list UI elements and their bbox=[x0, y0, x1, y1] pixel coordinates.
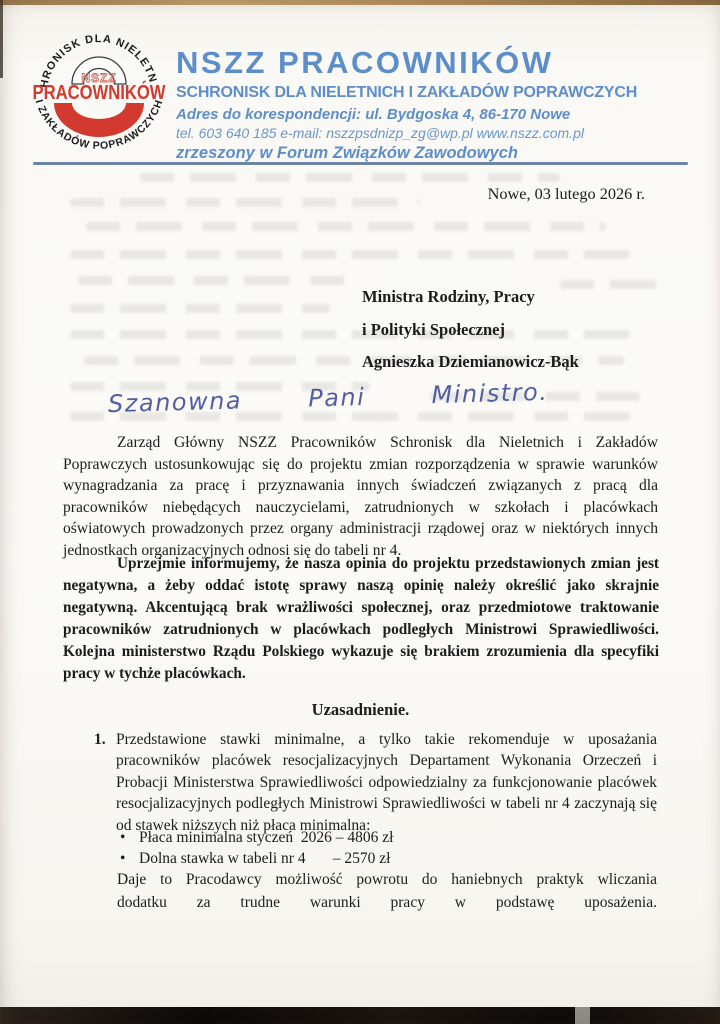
scan-bottom-edge bbox=[0, 1007, 720, 1024]
letterhead: NSZZ PRACOWNIKÓW SCHRONISK DLA NIELETNIC… bbox=[176, 46, 710, 163]
union-logo-stamp: SCHRONISK DLA NIELETNICH NSZZ PRACOWNIKÓ… bbox=[30, 24, 168, 152]
bullet-lower-rate: •Dolna stawka w tabeli nr 4 – 2570 zł bbox=[120, 848, 660, 869]
closing-statement: Daje to Pracodawcy możliwość powrotu do … bbox=[117, 869, 657, 914]
closing-line-2: dodatku za trudne warunki pracy w podsta… bbox=[117, 892, 657, 915]
org-title: NSZZ PRACOWNIKÓW bbox=[176, 46, 710, 80]
scanned-letter-page: SCHRONISK DLA NIELETNICH NSZZ PRACOWNIKÓ… bbox=[0, 0, 720, 1024]
bleed-through-text-artifact bbox=[78, 276, 348, 285]
bleed-through-text-artifact bbox=[140, 173, 560, 182]
recipient-line-2: i Polityki Społecznej bbox=[362, 314, 579, 347]
scan-left-edge bbox=[0, 0, 3, 78]
bleed-through-text-artifact bbox=[70, 250, 630, 259]
scan-bottom-notch bbox=[575, 1007, 590, 1024]
rate-bullet-list: •Płaca minimalna styczeń 2026 – 4806 zł … bbox=[120, 827, 660, 870]
bullet-lower-rate-text: Dolna stawka w tabeli nr 4 – 2570 zł bbox=[139, 850, 390, 867]
recipient-line-1: Ministra Rodziny, Pracy bbox=[362, 281, 579, 314]
org-address: Adres do korespondencji: ul. Bydgoska 4,… bbox=[176, 106, 710, 123]
list-item-text: Przedstawione stawki minimalne, a tylko … bbox=[116, 729, 657, 836]
bullet-minimum-wage: •Płaca minimalna styczeń 2026 – 4806 zł bbox=[120, 827, 660, 848]
bleed-through-text-artifact bbox=[70, 304, 330, 313]
bleed-through-text-artifact bbox=[70, 198, 420, 207]
bullet-icon: • bbox=[120, 848, 139, 869]
org-subtitle: SCHRONISK DLA NIELETNICH I ZAKŁADÓW POPR… bbox=[176, 83, 710, 102]
justification-item-1: 1. Przedstawione stawki minimalne, a tyl… bbox=[94, 729, 657, 836]
scan-top-edge bbox=[0, 0, 720, 5]
bullet-icon: • bbox=[120, 827, 139, 848]
closing-line-1: Daje to Pracodawcy możliwość powrotu do … bbox=[117, 869, 657, 892]
list-number: 1. bbox=[94, 729, 116, 750]
recipient-block: Ministra Rodziny, Pracy i Polityki Społe… bbox=[362, 281, 579, 379]
union-logo: SCHRONISK DLA NIELETNICH NSZZ PRACOWNIKÓ… bbox=[30, 24, 168, 152]
letterhead-divider bbox=[33, 162, 688, 165]
logo-center-word: PRACOWNIKÓW bbox=[33, 80, 166, 104]
bleed-through-text-artifact bbox=[86, 222, 606, 231]
place-and-date: Nowe, 03 lutego 2026 r. bbox=[430, 184, 645, 204]
org-affiliation: zrzeszony w Forum Związków Zawodowych bbox=[176, 144, 710, 163]
paragraph-opinion: Uprzejmie informujemy, że nasza opinia d… bbox=[63, 553, 659, 685]
bullet-minimum-wage-text: Płaca minimalna styczeń 2026 – 4806 zł bbox=[139, 829, 393, 846]
section-heading-uzasadnienie: Uzasadnienie. bbox=[63, 700, 658, 720]
paragraph-introduction: Zarząd Główny NSZZ Pracowników Schronisk… bbox=[63, 432, 658, 562]
recipient-line-3: Agnieszka Dziemianowicz-Bąk bbox=[362, 346, 579, 379]
org-contact: tel. 603 640 185 e-mail: nszzpsdnizp_zg@… bbox=[176, 125, 710, 141]
